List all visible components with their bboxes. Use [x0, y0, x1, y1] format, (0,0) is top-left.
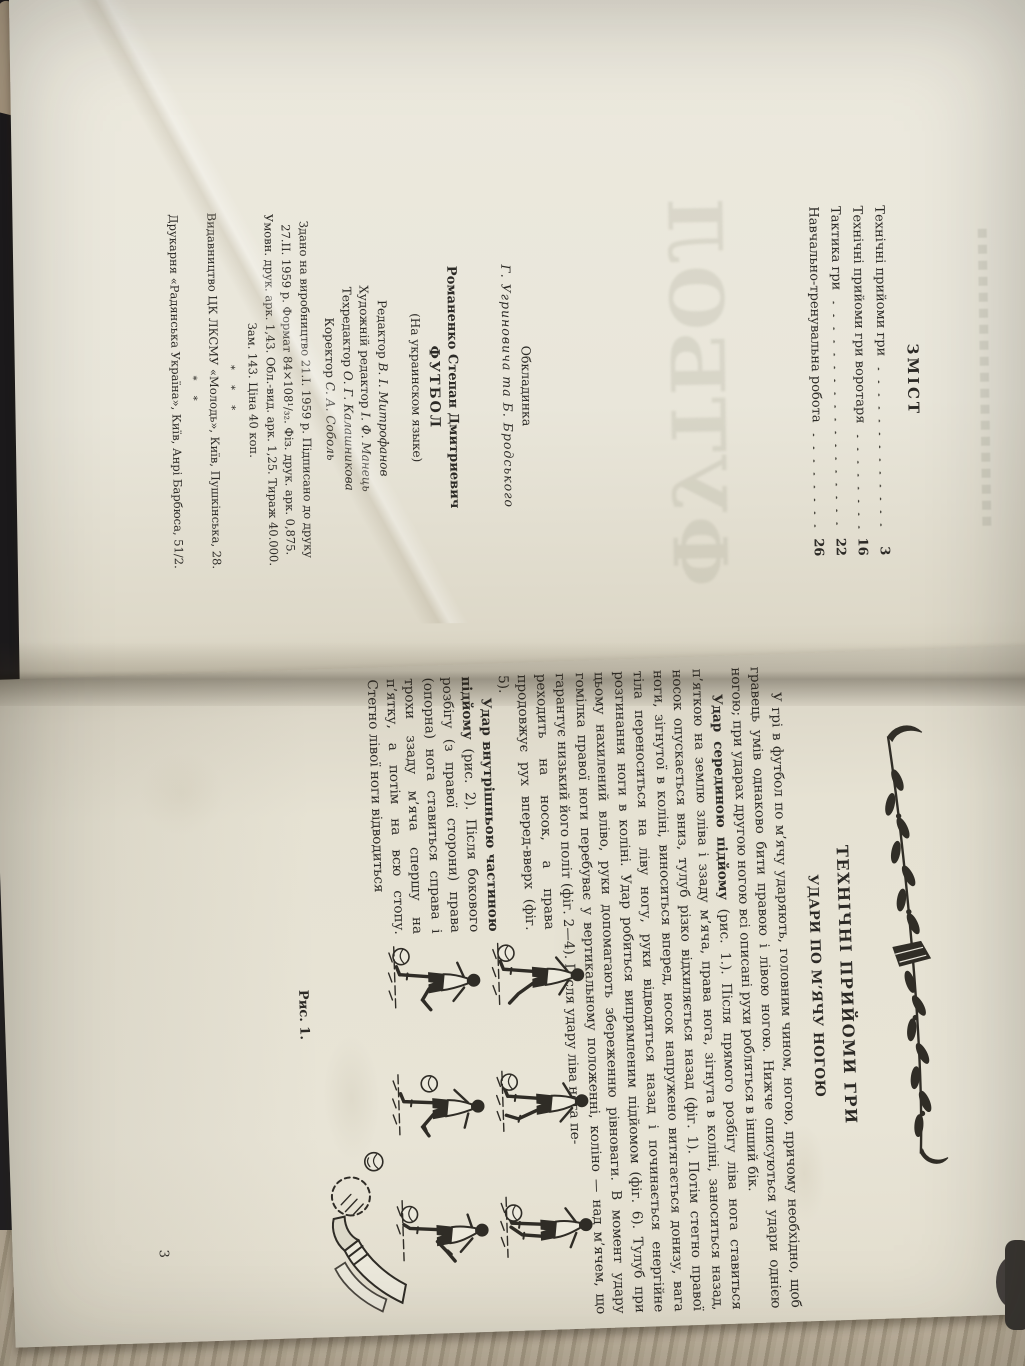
section-title: ТЕХНІЧНІ ПРИЙОМИ ГРИ — [827, 664, 867, 1306]
cover-credit-names: Г. Угриновича та Б. Бродського — [495, 187, 520, 585]
figure-caption: Рис. 1. — [293, 990, 324, 1324]
imprint-line: Здано на виробництво 21.I. 1959 р. Підпи… — [294, 190, 318, 588]
staff-line: Редактор В. І. Митрофанов — [370, 189, 394, 587]
paragraph: У грі в футбол по м’ячу ударяють, головн… — [725, 666, 805, 1310]
cover-credit-label: Обкладинка — [514, 187, 539, 585]
toc-entry-page: 3 — [872, 535, 894, 555]
text-page-content: ТЕХНІЧНІ ПРИЙОМИ ГРИ УДАРИ ПО М’ЯЧУ НОГО… — [0, 645, 1025, 1347]
show-through-title: ФУТБОЛ — [650, 191, 742, 592]
text-page-3: ТЕХНІЧНІ ПРИЙОМИ ГРИ УДАРИ ПО М’ЯЧУ НОГО… — [0, 645, 1025, 1347]
dot-leader — [878, 362, 893, 529]
toc-entry-page: 26 — [806, 536, 828, 556]
staff-line: Коректор С. А. Соболь — [318, 190, 342, 588]
run-in-heading: Удар внутрішньою частиною підйому — [458, 676, 501, 932]
imprint-block: Здано на виробництво 21.I. 1959 р. Підпи… — [241, 190, 317, 589]
run-in-heading: Удар серединою підйому — [709, 694, 732, 901]
paragraph-continuation: реходить на носок, а права продовжує рух… — [493, 674, 558, 932]
toc-entry: Навчально-тренувальна робота 26 — [801, 206, 828, 556]
show-through-marks — [978, 229, 992, 529]
foot-contact-detail — [331, 1152, 407, 1313]
imprint-contents-page: ФУТБОЛ ЗМІСТ Технічні прийоми гри 3 Техн… — [8, 0, 1025, 698]
narrow-text-column: реходить на носок, а права продовжує рух… — [282, 674, 558, 939]
staff-credits: Редактор В. І. Митрофанов Художній редак… — [318, 189, 394, 588]
kick-sequence-illustration — [312, 928, 605, 1323]
imprint-page-content: ФУТБОЛ ЗМІСТ Технічні прийоми гри 3 Техн… — [8, 0, 1025, 696]
toc-entry: Технічні прийоми гри 3 — [867, 205, 894, 555]
cover-credit: Обкладинка Г. Угриновича та Б. Бродськог… — [495, 187, 539, 586]
text-figure-row: реходить на носок, а права продовжує рух… — [282, 674, 571, 1325]
imprint-line: 27.II. 1959 р. Формат 84×108¹/₃₂. Фіз. д… — [276, 191, 300, 589]
toc-entry: Технічні прийоми гри воротаря 16 — [845, 206, 872, 556]
toc-entry-label: Тактика гри — [823, 206, 846, 291]
figure-column: Рис. 1. — [291, 929, 571, 1324]
imprint-line: Умовн. друк. арк. 1,43. Обл.-вид. арк. 1… — [259, 191, 283, 589]
toc-list: Технічні прийоми гри 3 Технічні прийоми … — [801, 205, 894, 556]
dot-leader — [813, 428, 827, 530]
toc-entry-page: 16 — [850, 536, 872, 556]
toc-entry-label: Технічні прийоми гри — [867, 205, 891, 356]
toc-entry-label: Технічні прийоми гри воротаря — [845, 206, 870, 424]
publisher-line: Видавництво ЦК ЛКСМУ «Молодь», Київ, Пуш… — [203, 192, 224, 590]
printer-line: Друкарня «Радянська Україна», Київ, Анрі… — [165, 192, 186, 590]
toc-entry-page: 22 — [828, 536, 850, 556]
book-title: ФУТБОЛ — [423, 188, 445, 586]
staff-line: Художній редактор І. Ф. Манець — [353, 189, 377, 587]
dot-leader — [833, 296, 849, 530]
paragraph: Удар внутрішньою частиною підйому (рис. … — [362, 675, 502, 935]
imprint-line: Зам. 143. Ціна 40 коп. — [241, 191, 265, 589]
body-text: У грі в футбол по м’ячу ударяють, головн… — [282, 666, 805, 1324]
photo-edge — [1005, 1240, 1025, 1330]
paragraph: Удар серединою підйому (рис. 1.). Після … — [550, 668, 747, 1315]
book-photo: ФУТБОЛ ЗМІСТ Технічні прийоми гри 3 Техн… — [0, 0, 1025, 1366]
asterisk-separator: * * — [183, 192, 202, 590]
asterisk-separator: * * * — [221, 192, 240, 590]
toc-title: ЗМІСТ — [901, 181, 925, 579]
author-name: Романенко Степан Дмитриевич — [442, 188, 463, 586]
toc-entry: Тактика гри 22 — [823, 206, 850, 556]
staff-line: Техредактор О. Г. Калашникова — [335, 190, 359, 588]
toc-entry-label: Навчально-тренувальна робота — [801, 206, 826, 423]
subsection-title: УДАРИ ПО М’ЯЧУ НОГОЮ — [798, 665, 835, 1307]
dot-leader — [857, 429, 871, 529]
language-note: (На украинском языке) — [406, 189, 426, 587]
laurel-vignette — [859, 719, 954, 1171]
page-number: 3 — [156, 1249, 171, 1258]
